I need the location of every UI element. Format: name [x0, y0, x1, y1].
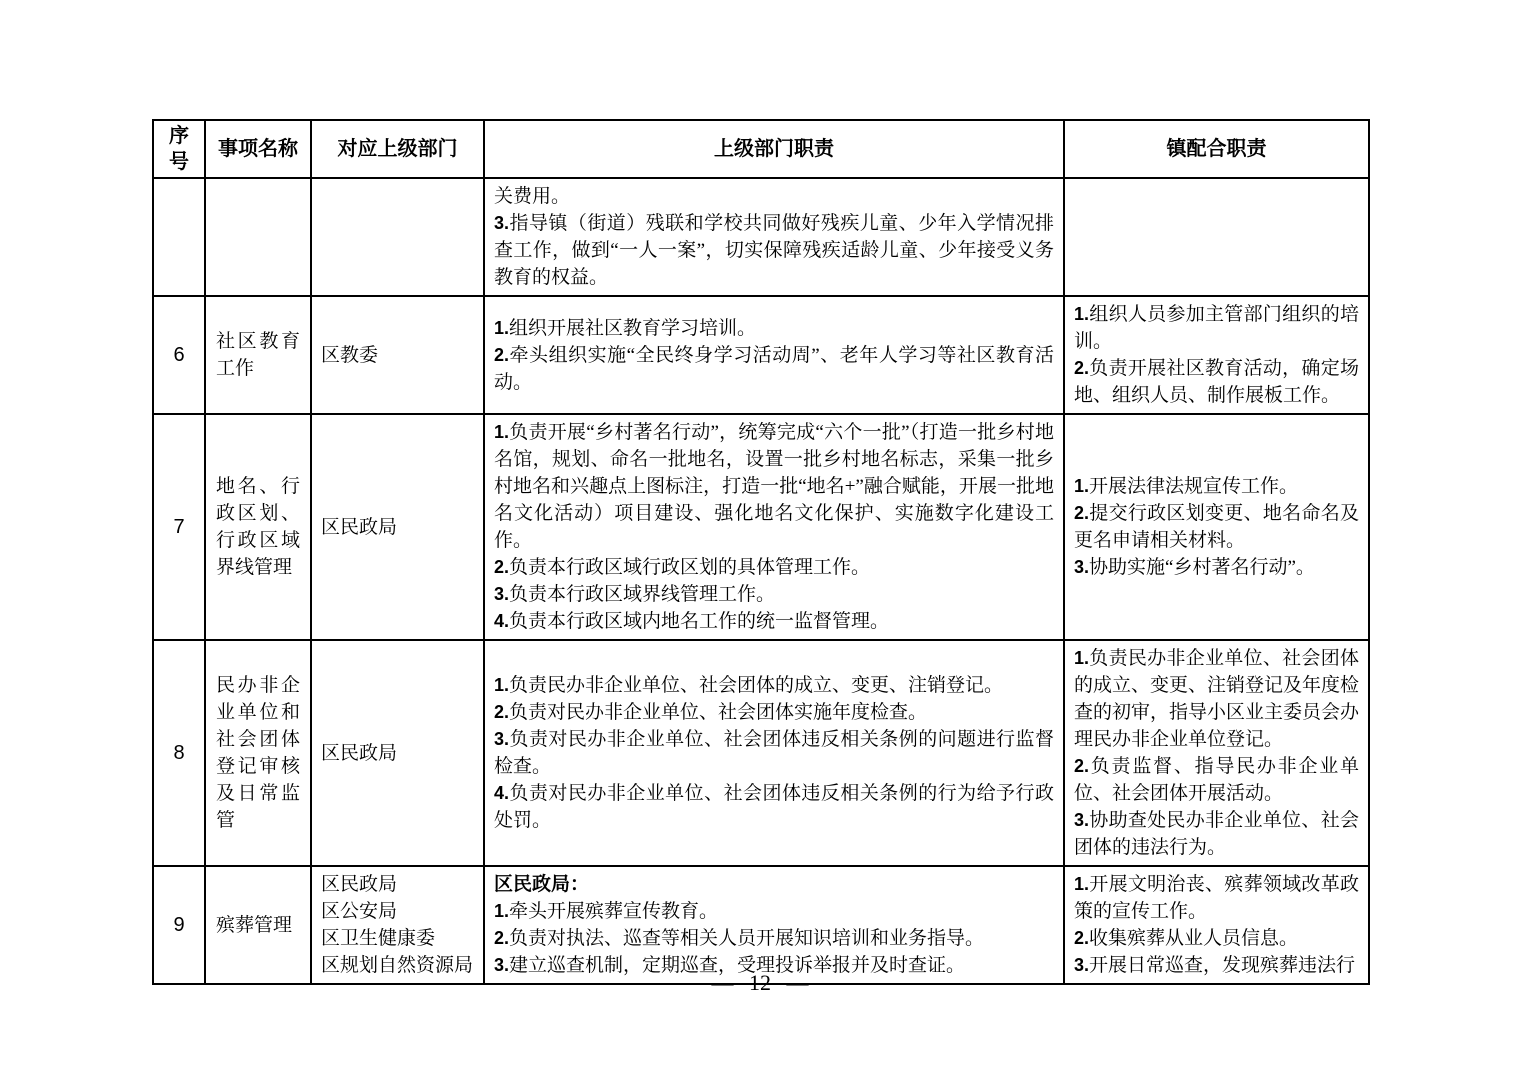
- col-header-town-duties: 镇配合职责: [1064, 120, 1369, 178]
- serial-number-cell: 8: [153, 640, 205, 866]
- duty-number: 1.: [494, 675, 509, 695]
- town-duties-cell: 1.开展文明治丧、殡葬领域改革政策的宣传工作。2.收集殡葬从业人员信息。3.开展…: [1064, 866, 1369, 984]
- duty-line: 2.负责监督、指导民办非企业单位、社会团体开展活动。: [1074, 753, 1359, 807]
- superior-duties-cell: 区民政局： 1.牵头开展殡葬宣传教育。2.负责对执法、巡查等相关人员开展知识培训…: [484, 866, 1064, 984]
- superior-department-cell: 区民政局: [311, 640, 484, 866]
- duty-line: 4.负责本行政区域内地名工作的统一监督管理。: [494, 608, 1054, 635]
- duty-number: 3.: [494, 729, 509, 749]
- duty-line: 3.协助查处民办非企业单位、社会团体的违法行为。: [1074, 807, 1359, 861]
- duty-line: 关费用。: [494, 183, 1054, 210]
- serial-number-cell: 6: [153, 296, 205, 414]
- header-row: 序号 事项名称 对应上级部门 上级部门职责 镇配合职责: [153, 120, 1369, 178]
- duty-line: 3.负责本行政区域界线管理工作。: [494, 581, 1054, 608]
- superior-duties-cell: 1.负责民办非企业单位、社会团体的成立、变更、注销登记。2.负责对民办非企业单位…: [484, 640, 1064, 866]
- duty-line: 2.负责开展社区教育活动，确定场地、组织人员、制作展板工作。: [1074, 355, 1359, 409]
- superior-duties-cell: 关费用。3.指导镇（街道）残联和学校共同做好残疾儿童、少年入学情况排查工作，做到…: [484, 178, 1064, 296]
- page-number: — 12 —: [152, 970, 1368, 996]
- serial-number-cell: [153, 178, 205, 296]
- duty-number: 2.: [494, 928, 509, 948]
- duties-lead-department: 区民政局：: [494, 871, 1054, 898]
- superior-department-cell: [311, 178, 484, 296]
- table-row-6: 6 社区教育工作 区教委 1.组织开展社区教育学习培训。2.牵头组织实施“全民终…: [153, 296, 1369, 414]
- duty-number: 3.: [494, 213, 509, 233]
- duty-number: 2.: [494, 702, 509, 722]
- serial-number-cell: 9: [153, 866, 205, 984]
- duty-line: 1.负责民办非企业单位、社会团体的成立、变更、注销登记。: [494, 672, 1054, 699]
- duty-number: 1.: [1074, 874, 1089, 894]
- duties-table: 序号 事项名称 对应上级部门 上级部门职责 镇配合职责 关费用。3.指导镇（街道…: [152, 119, 1370, 985]
- superior-duties-cell: 1.组织开展社区教育学习培训。2.牵头组织实施“全民终身学习活动周”、老年人学习…: [484, 296, 1064, 414]
- item-name-cell: [205, 178, 311, 296]
- superior-department-cell: 区民政局: [311, 414, 484, 640]
- town-duties-cell: 1.负责民办非企业单位、社会团体的成立、变更、注销登记及年度检查的初审，指导小区…: [1064, 640, 1369, 866]
- duty-line: 1.组织开展社区教育学习培训。: [494, 315, 1054, 342]
- duty-number: 1.: [494, 318, 509, 338]
- duty-line: 2.收集殡葬从业人员信息。: [1074, 925, 1359, 952]
- col-header-superior-duties: 上级部门职责: [484, 120, 1064, 178]
- duty-number: 3.: [1074, 557, 1089, 577]
- duty-number: 4.: [494, 611, 509, 631]
- duty-line: 2.负责对民办非企业单位、社会团体实施年度检查。: [494, 699, 1054, 726]
- duty-number: 1.: [1074, 648, 1089, 668]
- document-page: 序号 事项名称 对应上级部门 上级部门职责 镇配合职责 关费用。3.指导镇（街道…: [0, 0, 1520, 1074]
- duty-number: 1.: [1074, 304, 1089, 324]
- duty-number: 2.: [1074, 503, 1089, 523]
- duty-number: 4.: [494, 783, 509, 803]
- duty-number: 2.: [1074, 756, 1089, 776]
- duty-number: 2.: [1074, 928, 1089, 948]
- table-row-continuation: 关费用。3.指导镇（街道）残联和学校共同做好残疾儿童、少年入学情况排查工作，做到…: [153, 178, 1369, 296]
- duty-line: 1.组织人员参加主管部门组织的培训。: [1074, 301, 1359, 355]
- table-row-7: 7 地名、行政区划、行政区域界线管理 区民政局 1.负责开展“乡村著名行动”，统…: [153, 414, 1369, 640]
- duty-number: 2.: [494, 345, 509, 365]
- duty-number: 2.: [494, 557, 509, 577]
- duty-number: 1.: [494, 901, 509, 921]
- item-name-cell: 民办非企业单位和社会团体登记审核及日常监管: [205, 640, 311, 866]
- duty-line: 1.负责开展“乡村著名行动”，统筹完成“六个一批”（打造一批乡村地名馆，规划、命…: [494, 419, 1054, 554]
- duty-line: 4.负责对民办非企业单位、社会团体违反相关条例的行为给予行政处罚。: [494, 780, 1054, 834]
- duty-line: 1.开展法律法规宣传工作。: [1074, 473, 1359, 500]
- duty-line: 1.牵头开展殡葬宣传教育。: [494, 898, 1054, 925]
- duties-list: 1.牵头开展殡葬宣传教育。2.负责对执法、巡查等相关人员开展知识培训和业务指导。…: [494, 898, 1054, 979]
- table-row-8: 8 民办非企业单位和社会团体登记审核及日常监管 区民政局 1.负责民办非企业单位…: [153, 640, 1369, 866]
- duty-line: 3.负责对民办非企业单位、社会团体违反相关条例的问题进行监督检查。: [494, 726, 1054, 780]
- duty-number: 3.: [494, 584, 509, 604]
- town-duties-cell: 1.组织人员参加主管部门组织的培训。2.负责开展社区教育活动，确定场地、组织人员…: [1064, 296, 1369, 414]
- col-header-serial-number: 序号: [153, 120, 205, 178]
- table-row-9: 9 殡葬管理 区民政局 区公安局 区卫生健康委 区规划自然资源局 区民政局： 1…: [153, 866, 1369, 984]
- duty-number: 1.: [494, 422, 509, 442]
- duty-number: 2.: [1074, 358, 1089, 378]
- item-name-cell: 殡葬管理: [205, 866, 311, 984]
- duty-line: 1.负责民办非企业单位、社会团体的成立、变更、注销登记及年度检查的初审，指导小区…: [1074, 645, 1359, 753]
- duty-line: 3.协助实施“乡村著名行动”。: [1074, 554, 1359, 581]
- duty-number: 3.: [1074, 810, 1089, 830]
- col-header-item-name: 事项名称: [205, 120, 311, 178]
- duty-line: 2.负责本行政区域行政区划的具体管理工作。: [494, 554, 1054, 581]
- duty-line: 2.负责对执法、巡查等相关人员开展知识培训和业务指导。: [494, 925, 1054, 952]
- col-header-superior-department: 对应上级部门: [311, 120, 484, 178]
- town-duties-cell: 1.开展法律法规宣传工作。2.提交行政区划变更、地名命名及更名申请相关材料。3.…: [1064, 414, 1369, 640]
- duty-line: 2.提交行政区划变更、地名命名及更名申请相关材料。: [1074, 500, 1359, 554]
- superior-duties-cell: 1.负责开展“乡村著名行动”，统筹完成“六个一批”（打造一批乡村地名馆，规划、命…: [484, 414, 1064, 640]
- item-name-cell: 社区教育工作: [205, 296, 311, 414]
- duty-line: 2.牵头组织实施“全民终身学习活动周”、老年人学习等社区教育活动。: [494, 342, 1054, 396]
- superior-department-cell: 区民政局 区公安局 区卫生健康委 区规划自然资源局: [311, 866, 484, 984]
- duty-number: 1.: [1074, 476, 1089, 496]
- serial-number-cell: 7: [153, 414, 205, 640]
- superior-department-cell: 区教委: [311, 296, 484, 414]
- item-name-cell: 地名、行政区划、行政区域界线管理: [205, 414, 311, 640]
- duty-line: 3.指导镇（街道）残联和学校共同做好残疾儿童、少年入学情况排查工作，做到“一人一…: [494, 210, 1054, 291]
- duty-line: 1.开展文明治丧、殡葬领域改革政策的宣传工作。: [1074, 871, 1359, 925]
- town-duties-cell: [1064, 178, 1369, 296]
